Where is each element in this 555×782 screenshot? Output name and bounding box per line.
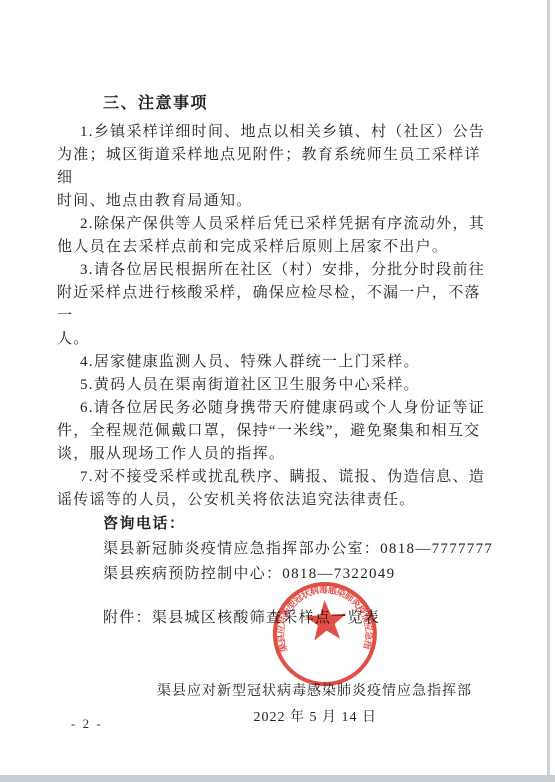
body-line: 人。	[57, 328, 497, 351]
body-line: 1.乡镇采样详细时间、地点以相关乡镇、村（社区）公告	[57, 121, 497, 144]
body-line: 件，全程规范佩戴口罩，保持“一米线”，避免聚集和相互交	[57, 420, 497, 443]
body-line: 他人员在去采样点前和完成采样后原则上居家不出户。	[57, 236, 497, 259]
body-line: 7.对不接受采样或扰乱秩序、瞒报、谎报、伪造信息、造	[57, 466, 497, 489]
document-page: 三、注意事项 1.乡镇采样详细时间、地点以相关乡镇、村（社区）公告 为准；城区街…	[0, 0, 555, 782]
signature-line: 渠县应对新型冠状病毒感染肺炎疫情应急指挥部	[57, 679, 497, 705]
page-edge-bottom	[0, 775, 555, 782]
contact-phone-line: 渠县新冠肺炎疫情应急指挥部办公室：0818—7777777	[57, 537, 497, 562]
body-line: 附近采样点进行核酸采样，确保应检尽检，不漏一户，不落一	[57, 282, 497, 328]
body-line: 5.黄码人员在渠南街道社区卫生服务中心采样。	[57, 374, 497, 397]
body-line: 4.居家健康监测人员、特殊人群统一上门采样。	[57, 351, 497, 374]
body-line: 时间、地点由教育局通知。	[57, 190, 497, 213]
body-line: 6.请各位居民务必随身携带天府健康码或个人身份证等证	[57, 397, 497, 420]
body-line: 谣传谣等的人员，公安机关将依法追究法律责任。	[57, 489, 497, 512]
contact-heading: 咨询电话：	[57, 512, 497, 537]
body-line: 谈，服从现场工作人员的指挥。	[57, 443, 497, 466]
section-heading: 三、注意事项	[57, 92, 497, 115]
page-edge-right	[547, 0, 550, 776]
contact-phone-line: 渠县疾病预防控制中心：0818—7322049	[57, 562, 497, 587]
page-number: - 2 -	[71, 716, 103, 732]
attachment-line: 附件：渠县城区核酸筛查采样点一览表	[57, 607, 497, 630]
date-line: 2022 年 5 月 14 日	[57, 705, 497, 731]
body-line: 为准；城区街道采样地点见附件；教育系统师生员工采样详细	[57, 144, 497, 190]
body-line: 2.除保产保供等人员采样后凭已采样凭据有序流动外，其	[57, 213, 497, 236]
document-body: 三、注意事项 1.乡镇采样详细时间、地点以相关乡镇、村（社区）公告 为准；城区街…	[57, 92, 497, 731]
body-line: 3.请各位居民根据所在社区（村）安排，分批分时段前往	[57, 259, 497, 282]
